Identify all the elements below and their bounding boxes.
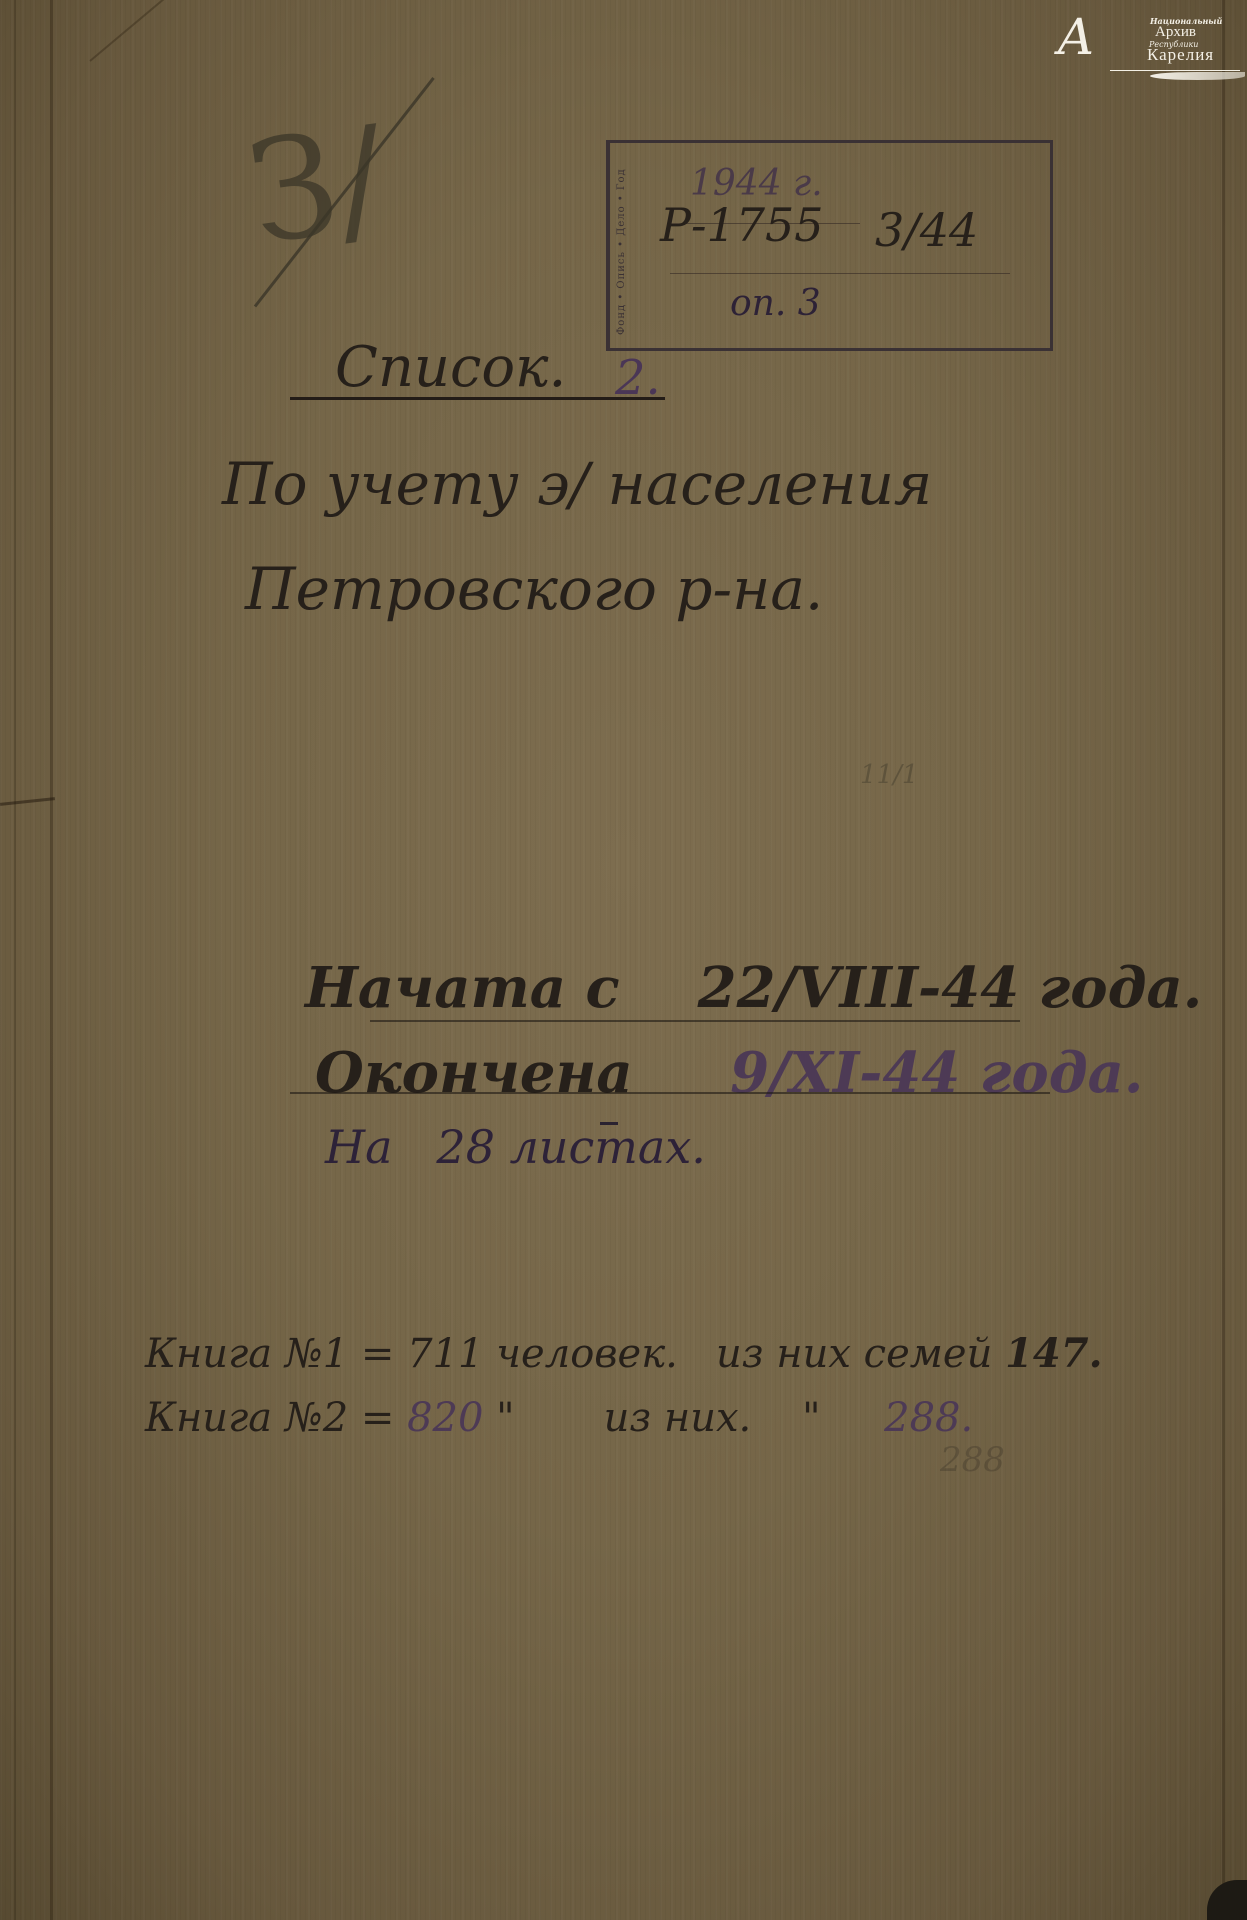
book-families: 288.	[884, 1395, 973, 1441]
sheet-count: На 28 листах.	[325, 1120, 706, 1174]
corner-pencil-mark: З/	[239, 96, 395, 276]
stamp-side-labels: Фонд • Опись • Дело • Год	[616, 155, 656, 335]
logo-line2: Архив	[1155, 24, 1196, 41]
subtitle-line1: По учету э/ населения	[222, 450, 932, 518]
book-people: 820	[407, 1395, 483, 1441]
logo-monogram: А	[1057, 12, 1095, 62]
paper-fold	[50, 0, 53, 1920]
book-people-unit: человек.	[496, 1331, 678, 1377]
archive-stamp: Фонд • Опись • Дело • Год 1944 г. Р-1755…	[606, 140, 1053, 351]
start-date-value: 22/VIII-44 года.	[698, 955, 1203, 1021]
date-rule	[290, 1092, 1050, 1094]
book-families-label: из них.	[604, 1395, 752, 1441]
start-date-label: Начата с	[305, 955, 620, 1021]
logo-line4: Карелия	[1147, 45, 1214, 65]
quill-icon	[1150, 72, 1245, 80]
paper-fold	[14, 0, 16, 1920]
faint-repeat-number: 288	[940, 1440, 1005, 1480]
book-people: 711	[407, 1331, 483, 1377]
sheet-count-value: 28	[436, 1120, 495, 1174]
sheet-count-unit: листах.	[510, 1120, 706, 1174]
book-label: Книга №2 =	[145, 1395, 394, 1441]
subtitle-line2: Петровского р-на.	[245, 555, 823, 623]
book-families-ditto: "	[802, 1395, 820, 1441]
date-rule	[370, 1020, 1020, 1022]
stamp-opis: оп. 3	[730, 283, 821, 324]
faint-pencil-mark: 11/1	[860, 760, 918, 790]
start-date: Начата с 22/VIII-44 года.	[305, 955, 1202, 1021]
title-underline	[290, 397, 665, 400]
ink-dash	[600, 1122, 618, 1125]
book-families-label: из них семей	[716, 1331, 992, 1377]
sheet-count-label: На	[325, 1120, 393, 1174]
stamp-delo: 3/44	[875, 203, 978, 257]
logo-rule	[1110, 70, 1240, 71]
stamp-rule	[670, 273, 1010, 274]
book-entry: Книга №2 = 820 " из них. " 288.	[145, 1395, 973, 1441]
book-label: Книга №1 =	[145, 1331, 394, 1377]
archive-logo: А Национальный Архив Республики Карелия	[1055, 8, 1245, 78]
end-date: Окончена 9/XI-44 года.	[315, 1040, 1143, 1106]
document-page: А Национальный Архив Республики Карелия …	[0, 0, 1247, 1920]
end-date-value: 9/XI-44 года.	[730, 1040, 1143, 1106]
document-title: Список.	[335, 335, 566, 400]
stamp-fond: Р-1755	[660, 198, 824, 252]
book-families: 147.	[1005, 1330, 1102, 1377]
paper-fold	[1222, 0, 1225, 1920]
book-people-unit: "	[496, 1395, 514, 1441]
end-date-label: Окончена	[315, 1040, 633, 1106]
book-entry: Книга №1 = 711 человек. из них семей 147…	[145, 1330, 1103, 1377]
